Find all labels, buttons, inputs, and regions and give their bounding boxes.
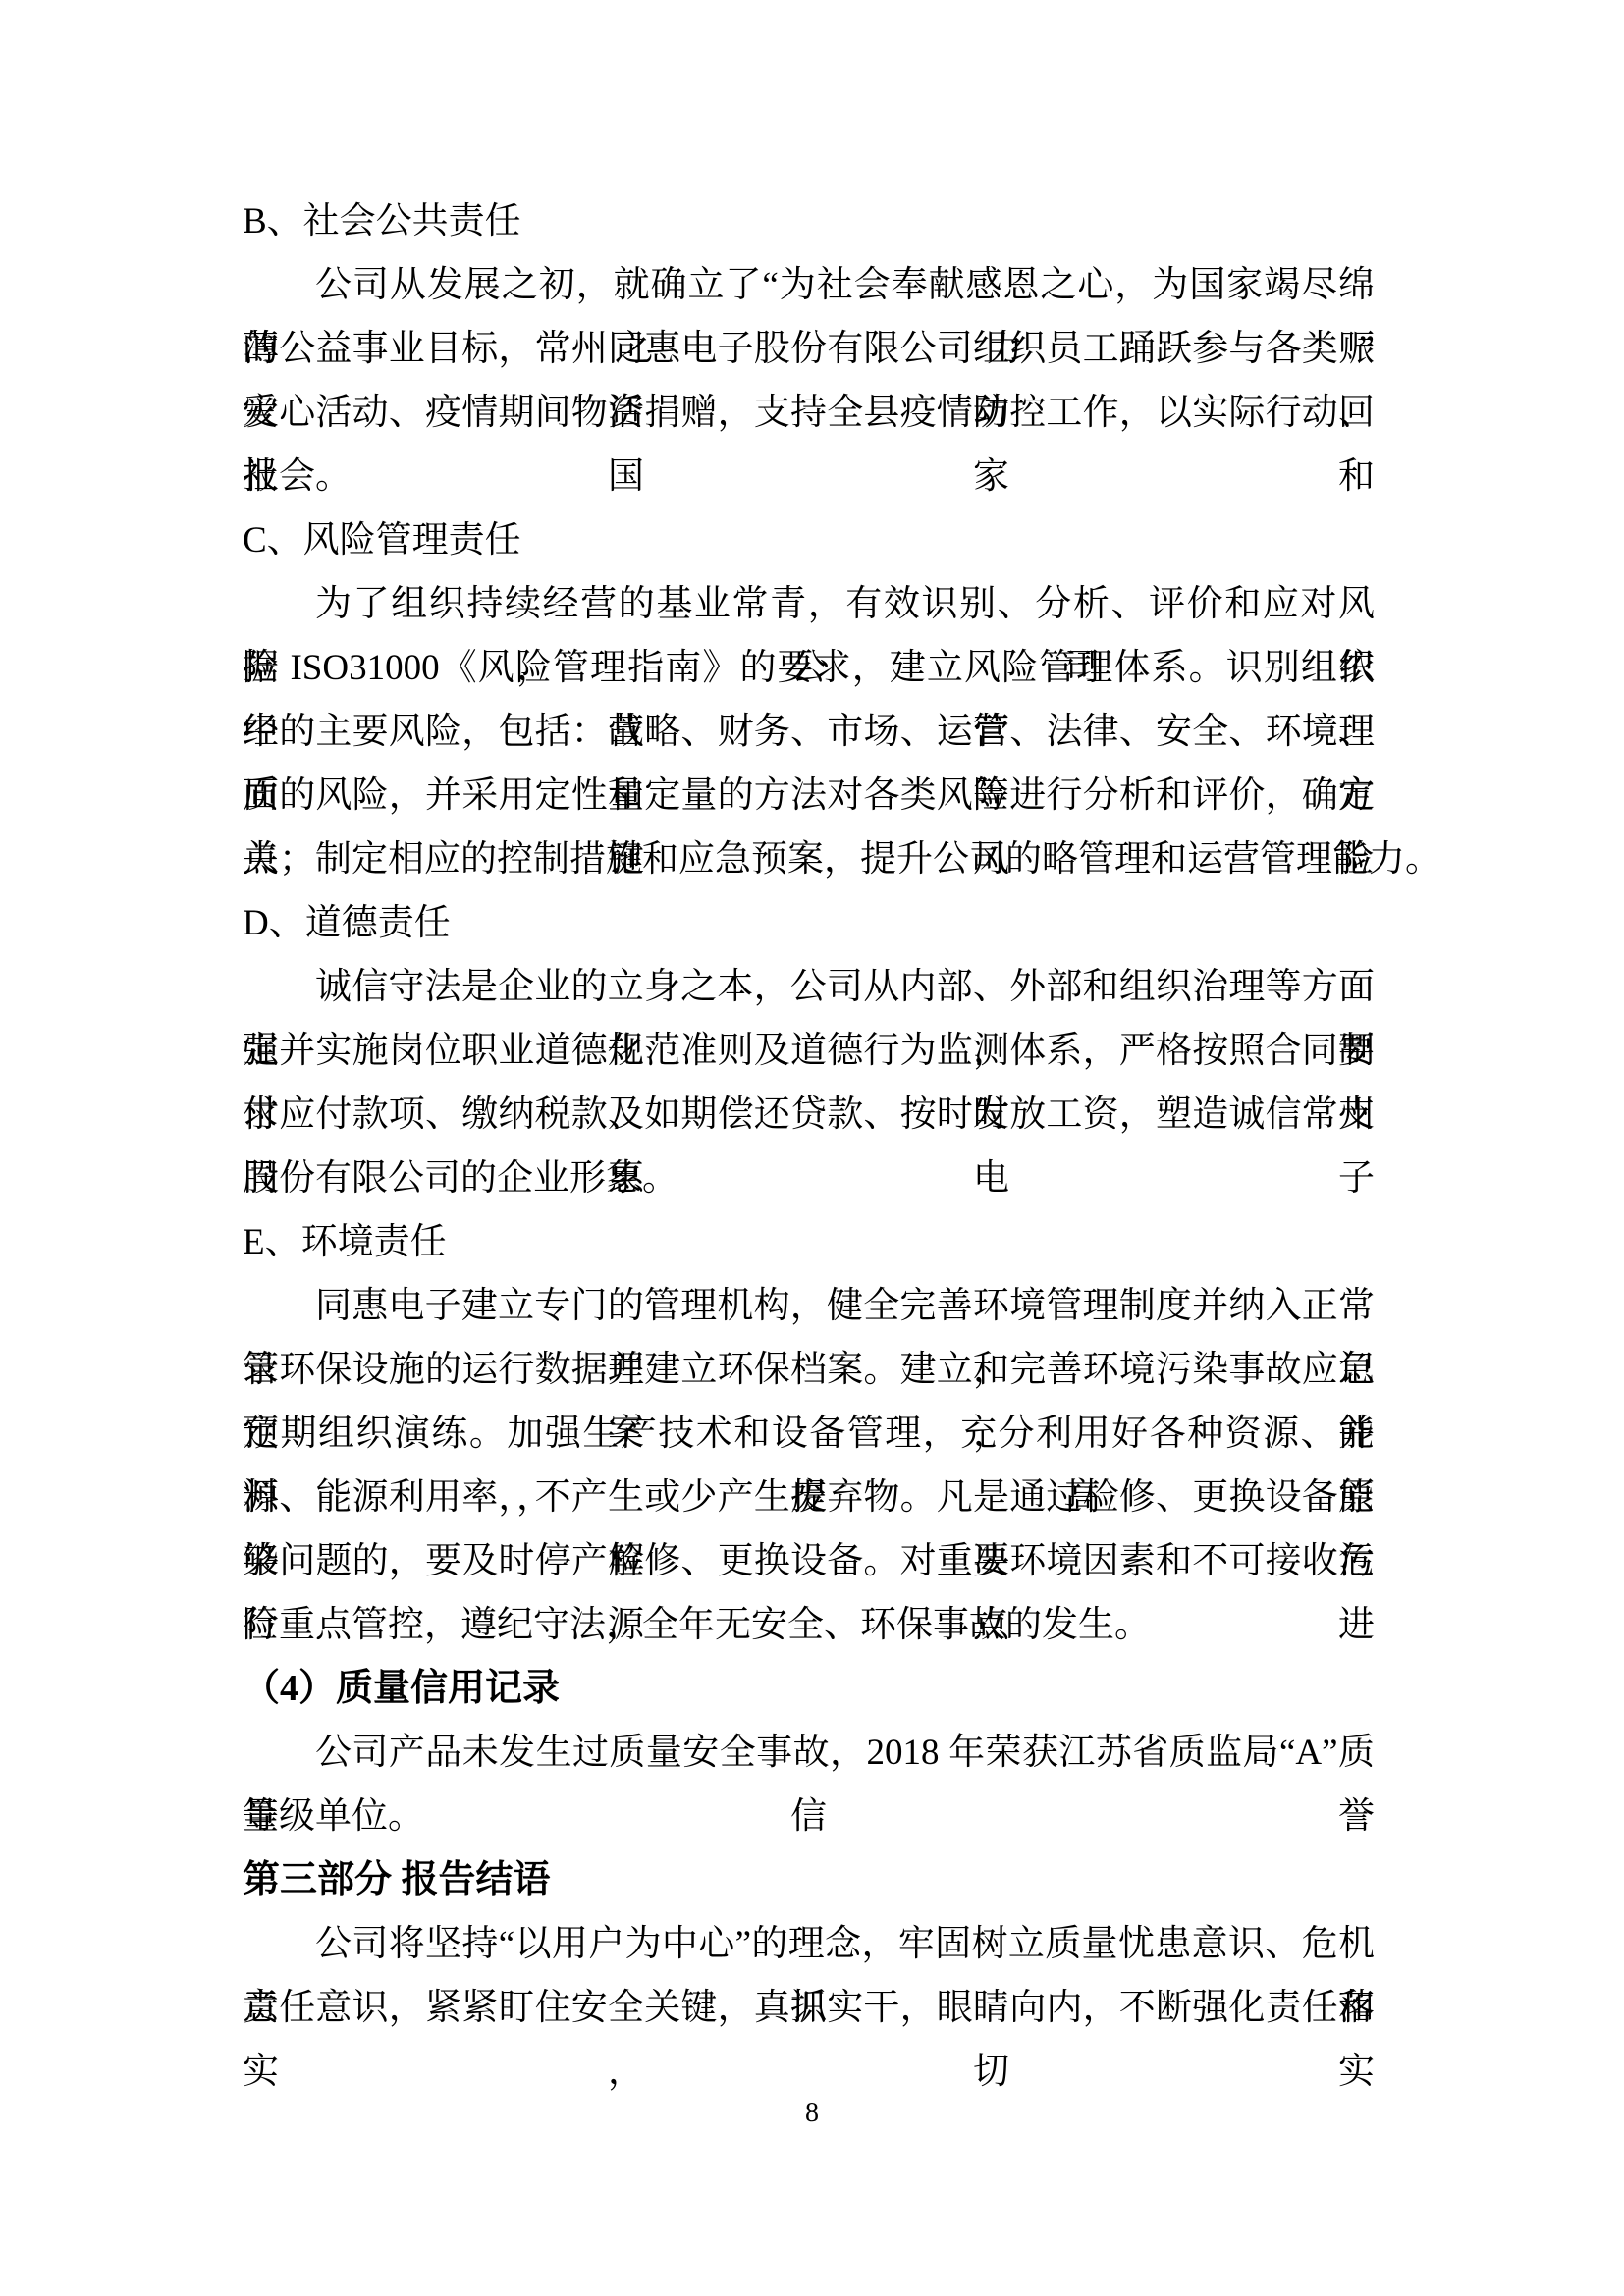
paragraph-line: 公司将坚持“以用户为中心”的理念，牢固树立质量忧患意识、危机意识和 <box>243 1912 1375 1976</box>
subsection-heading-quality-credit: （4）质量信用记录 <box>243 1657 1375 1721</box>
paragraph-line: 付应付款项、缴纳税款、如期偿还贷款、按时发放工资，塑造诚信常州同惠电子 <box>243 1083 1375 1147</box>
section-heading-c: C、风险管理责任 <box>243 508 1375 572</box>
paragraph-line: 的公益事业目标，常州同惠电子股份有限公司组织员工踊跃参与各类赈灾活动、 <box>243 317 1375 381</box>
paragraph-line: 定期组织演练。加强生产技术和设备管理，充分利用好各种资源、能源，提高原 <box>243 1402 1375 1466</box>
paragraph-line: 同惠电子建立专门的管理机构，健全完善环境管理制度并纳入正常管理，记 <box>243 1274 1375 1338</box>
paragraph-line: 公司从发展之初，就确立了“为社会奉献感恩之心，为国家竭尽绵薄之力” <box>243 253 1375 317</box>
part3-heading-report-conclusion: 第三部分 报告结语 <box>243 1848 1375 1912</box>
paragraph-line: 公司产品未发生过质量安全事故，2018 年荣获江苏省质监局“A”质量信誉 <box>243 1721 1375 1785</box>
paragraph-line: 录环保设施的运行数据并建立环保档案。建立和完善环境污染事故应急预案，并 <box>243 1338 1375 1402</box>
page-number: 8 <box>0 2094 1624 2133</box>
paragraph-line: 责任意识，紧紧盯住安全关键，真抓实干，眼睛向内，不断强化责任落实，切实 <box>243 1976 1375 2040</box>
paragraph-line: 中的主要风险，包括：战略、财务、市场、运营、法律、安全、环境、质量等方 <box>243 700 1375 764</box>
report-body: B、社会公共责任 公司从发展之初，就确立了“为社会奉献感恩之心，为国家竭尽绵薄之… <box>243 189 1375 2040</box>
paragraph-line: 据 ISO31000《风险管理指南》的要求，建立风险管理体系。识别组织经营管理 <box>243 636 1375 700</box>
section-heading-d: D、道德责任 <box>243 891 1375 955</box>
section-heading-b: B、社会公共责任 <box>243 189 1375 253</box>
paragraph-line: 染问题的，要及时停产检修、更换设备。对重要环境因素和不可接收危险源点进 <box>243 1529 1375 1593</box>
paragraph-line: 料、能源利用率，不产生或少产生废弃物。凡是通过检修、更换设备能够解决污 <box>243 1466 1375 1529</box>
section-heading-e: E、环境责任 <box>243 1210 1375 1274</box>
paragraph-line: 诚信守法是企业的立身之本，公司从内部、外部和组织治理等方面强化，制 <box>243 955 1375 1019</box>
paragraph-line: 爱心活动、疫情期间物资捐赠，支持全县疫情防控工作，以实际行动回报国家和 <box>243 381 1375 445</box>
paragraph-line: 为了组织持续经营的基业常青，有效识别、分析、评价和应对风险，公司依 <box>243 572 1375 636</box>
paragraph-line: 定并实施岗位职业道德规范准则及道德行为监测体系，严格按照合同要求及时支 <box>243 1019 1375 1083</box>
paragraph-line: 面的风险，并采用定性和定量的方法对各类风险进行分析和评价，确定关键风险 <box>243 764 1375 828</box>
document-page: B、社会公共责任 公司从发展之初，就确立了“为社会奉献感恩之心，为国家竭尽绵薄之… <box>0 0 1624 2296</box>
paragraph-line: 点；制定相应的控制措施和应急预案，提升公司的略管理和运营管理能力。 <box>243 828 1375 891</box>
